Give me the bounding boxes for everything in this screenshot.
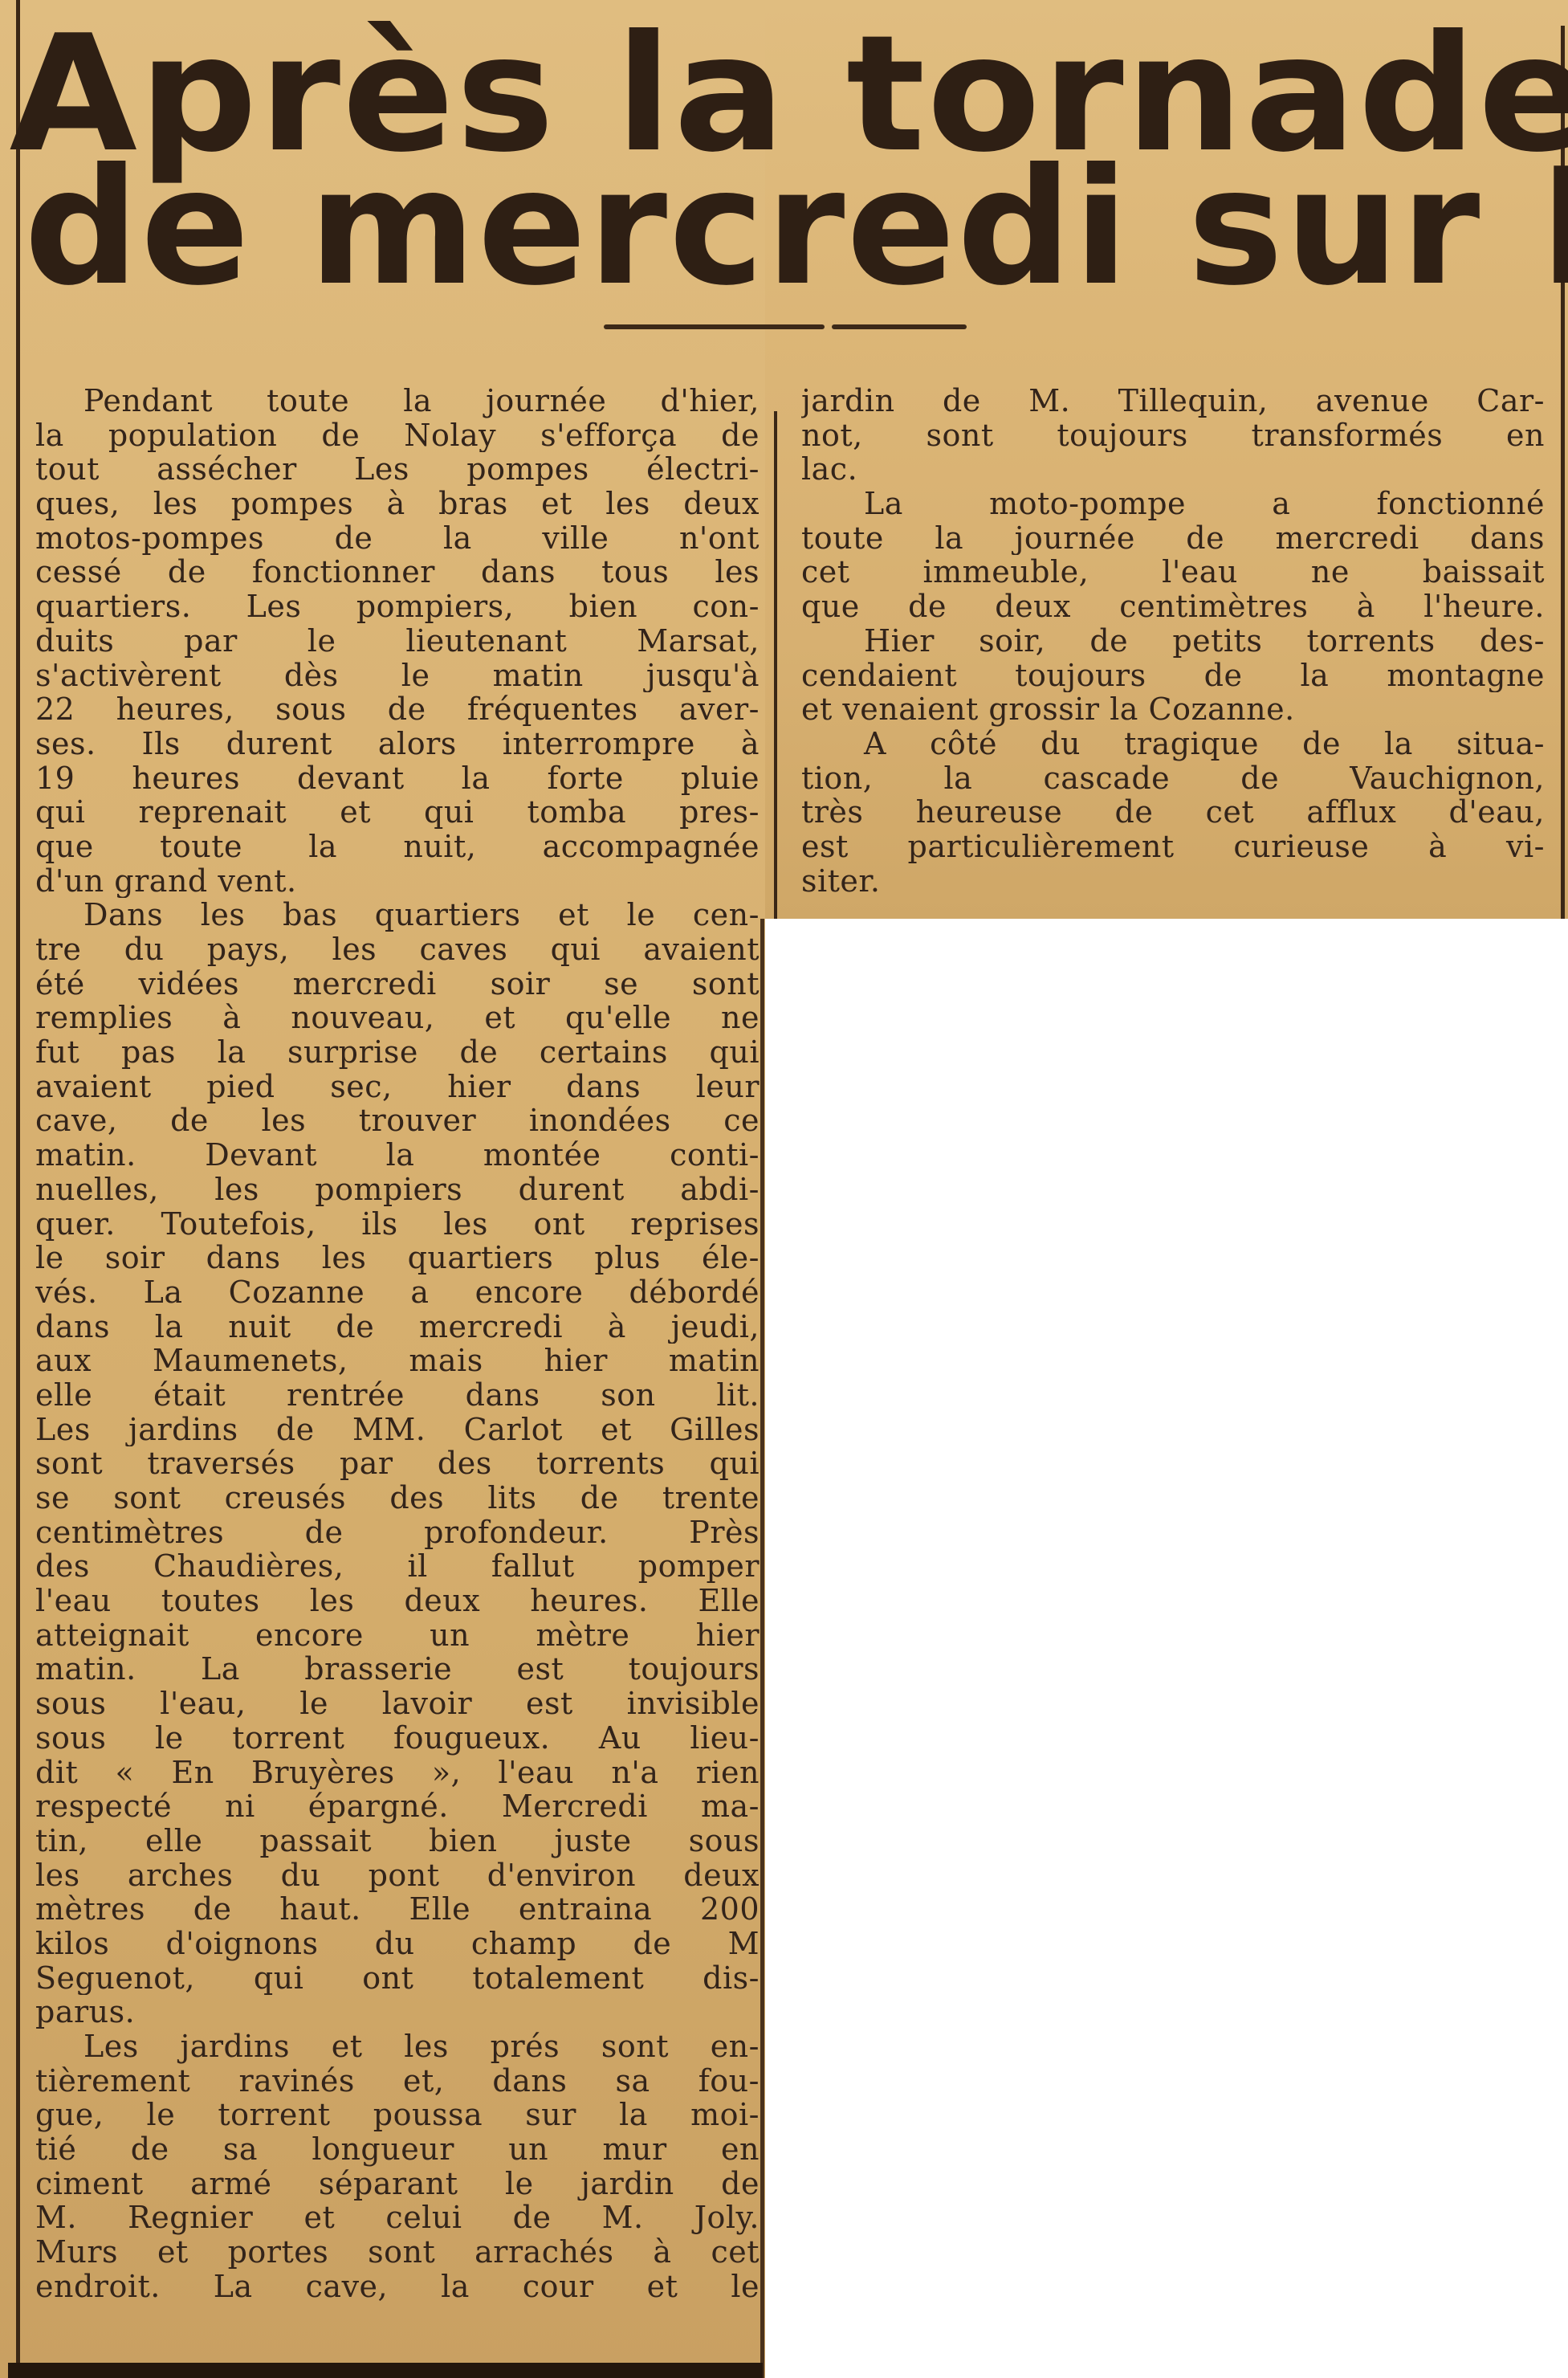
text-line: tin, elle passait bien juste sous — [35, 1824, 760, 1858]
text-line: dit « En Bruyères », l'eau n'a rien — [35, 1756, 760, 1790]
text-line: et venaient grossir la Cozanne. — [801, 692, 1545, 727]
text-line: d'un grand vent. — [35, 864, 760, 899]
text-line: siter. — [801, 864, 1545, 899]
text-line: tion, la cascade de Vauchignon, — [801, 761, 1545, 796]
text-line: la population de Nolay s'efforça de — [35, 418, 760, 453]
text-line: Les jardins et les prés sont en- — [35, 2029, 760, 2064]
text-line: toute la journée de mercredi dans — [801, 521, 1545, 556]
text-line: des Chaudières, il fallut pomper — [35, 1549, 760, 1584]
text-line: jardin de M. Tillequin, avenue Car- — [801, 384, 1545, 418]
text-line: tout assécher Les pompes électri- — [35, 452, 760, 487]
text-line: matin. Devant la montée conti- — [35, 1138, 760, 1173]
text-line: M. Regnier et celui de M. Joly. — [35, 2201, 760, 2235]
text-line: le soir dans les quartiers plus éle- — [35, 1241, 760, 1275]
text-line: A côté du tragique de la situa- — [801, 727, 1545, 761]
headline-separator-right — [832, 324, 967, 329]
text-line: ciment armé séparant le jardin de — [35, 2167, 760, 2201]
text-line: atteignait encore un mètre hier — [35, 1618, 760, 1653]
article-column-left: Pendant toute la journée d'hier, la popu… — [35, 384, 760, 2304]
text-line: gue, le torrent poussa sur la moi- — [35, 2098, 760, 2132]
text-line: très heureuse de cet afflux d'eau, — [801, 795, 1545, 830]
text-line: Dans les bas quartiers et le cen- — [35, 898, 760, 932]
text-line: vés. La Cozanne a encore débordé — [35, 1275, 760, 1310]
text-line: tié de sa longueur un mur en — [35, 2132, 760, 2167]
text-line: 22 heures, sous de fréquentes aver- — [35, 692, 760, 727]
clipping-edge — [760, 919, 764, 2378]
text-line: matin. La brasserie est toujours — [35, 1652, 760, 1687]
text-line: cendaient toujours de la montagne — [801, 659, 1545, 693]
text-line: aux Maumenets, mais hier matin — [35, 1344, 760, 1378]
text-line: l'eau toutes les deux heures. Elle — [35, 1584, 760, 1618]
text-line: lac. — [801, 452, 1545, 487]
text-line: sous l'eau, le lavoir est invisible — [35, 1687, 760, 1721]
text-line: se sont creusés des lits de trente — [35, 1481, 760, 1515]
text-line: que toute la nuit, accompagnée — [35, 830, 760, 864]
text-line: 19 heures devant la forte pluie — [35, 761, 760, 796]
text-line: ses. Ils durent alors interrompre à — [35, 727, 760, 761]
text-line: centimètres de profondeur. Près — [35, 1515, 760, 1550]
text-line: quer. Toutefois, ils les ont reprises — [35, 1207, 760, 1242]
text-line: respecté ni épargné. Mercredi ma- — [35, 1789, 760, 1824]
text-line: elle était rentrée dans son lit. — [35, 1378, 760, 1413]
text-line: Pendant toute la journée d'hier, — [35, 384, 760, 418]
text-line: kilos d'oignons du champ de M — [35, 1927, 760, 1961]
text-line: cave, de les trouver inondées ce — [35, 1103, 760, 1138]
headline-separator-left — [604, 324, 825, 329]
text-line: s'activèrent dès le matin jusqu'à — [35, 659, 760, 693]
text-line: sont traversés par des torrents qui — [35, 1446, 760, 1481]
text-line: motos-pompes de la ville n'ont — [35, 521, 760, 556]
text-line: quartiers. Les pompiers, bien con- — [35, 589, 760, 624]
text-line: cessé de fonctionner dans tous les — [35, 555, 760, 589]
headline-line-2: de mercredi sur Nolay — [24, 148, 1550, 308]
text-line: mètres de haut. Elle entraina 200 — [35, 1892, 760, 1927]
text-line: not, sont toujours transformés en — [801, 418, 1545, 453]
text-line: qui reprenait et qui tomba pres- — [35, 795, 760, 830]
text-line: Murs et portes sont arrachés à cet — [35, 2235, 760, 2270]
text-line: sous le torrent fougueux. Au lieu- — [35, 1721, 760, 1756]
text-line: Hier soir, de petits torrents des- — [801, 624, 1545, 659]
text-line: été vidées mercredi soir se sont — [35, 967, 760, 1001]
text-line: Seguenot, qui ont totalement dis- — [35, 1961, 760, 1996]
text-line: La moto-pompe a fonctionné — [801, 487, 1545, 521]
text-line: les arches du pont d'environ deux — [35, 1858, 760, 1893]
text-line: tièrement ravinés et, dans sa fou- — [35, 2064, 760, 2099]
left-column-rule — [16, 0, 20, 2378]
text-line: fut pas la surprise de certains qui — [35, 1035, 760, 1070]
text-line: duits par le lieutenant Marsat, — [35, 624, 760, 659]
text-line: endroit. La cave, la cour et le — [35, 2270, 760, 2304]
text-line: tre du pays, les caves qui avaient — [35, 932, 760, 967]
text-line: que de deux centimètres à l'heure. — [801, 589, 1545, 624]
right-border-rule-lower — [1561, 271, 1565, 919]
text-line: cet immeuble, l'eau ne baissait — [801, 555, 1545, 589]
text-line: est particulièrement curieuse à vi- — [801, 830, 1545, 864]
text-line: nuelles, les pompiers durent abdi- — [35, 1173, 760, 1207]
text-line: remplies à nouveau, et qu'elle ne — [35, 1001, 760, 1035]
bottom-dark-band — [8, 2363, 763, 2378]
column-divider — [774, 411, 777, 919]
article-column-right: jardin de M. Tillequin, avenue Car- not,… — [801, 384, 1545, 898]
text-line: dans la nuit de mercredi à jeudi, — [35, 1310, 760, 1344]
text-line: ques, les pompes à bras et les deux — [35, 487, 760, 521]
text-line: parus. — [35, 1995, 760, 2029]
text-line: avaient pied sec, hier dans leur — [35, 1070, 760, 1104]
text-line: Les jardins de MM. Carlot et Gilles — [35, 1413, 760, 1447]
